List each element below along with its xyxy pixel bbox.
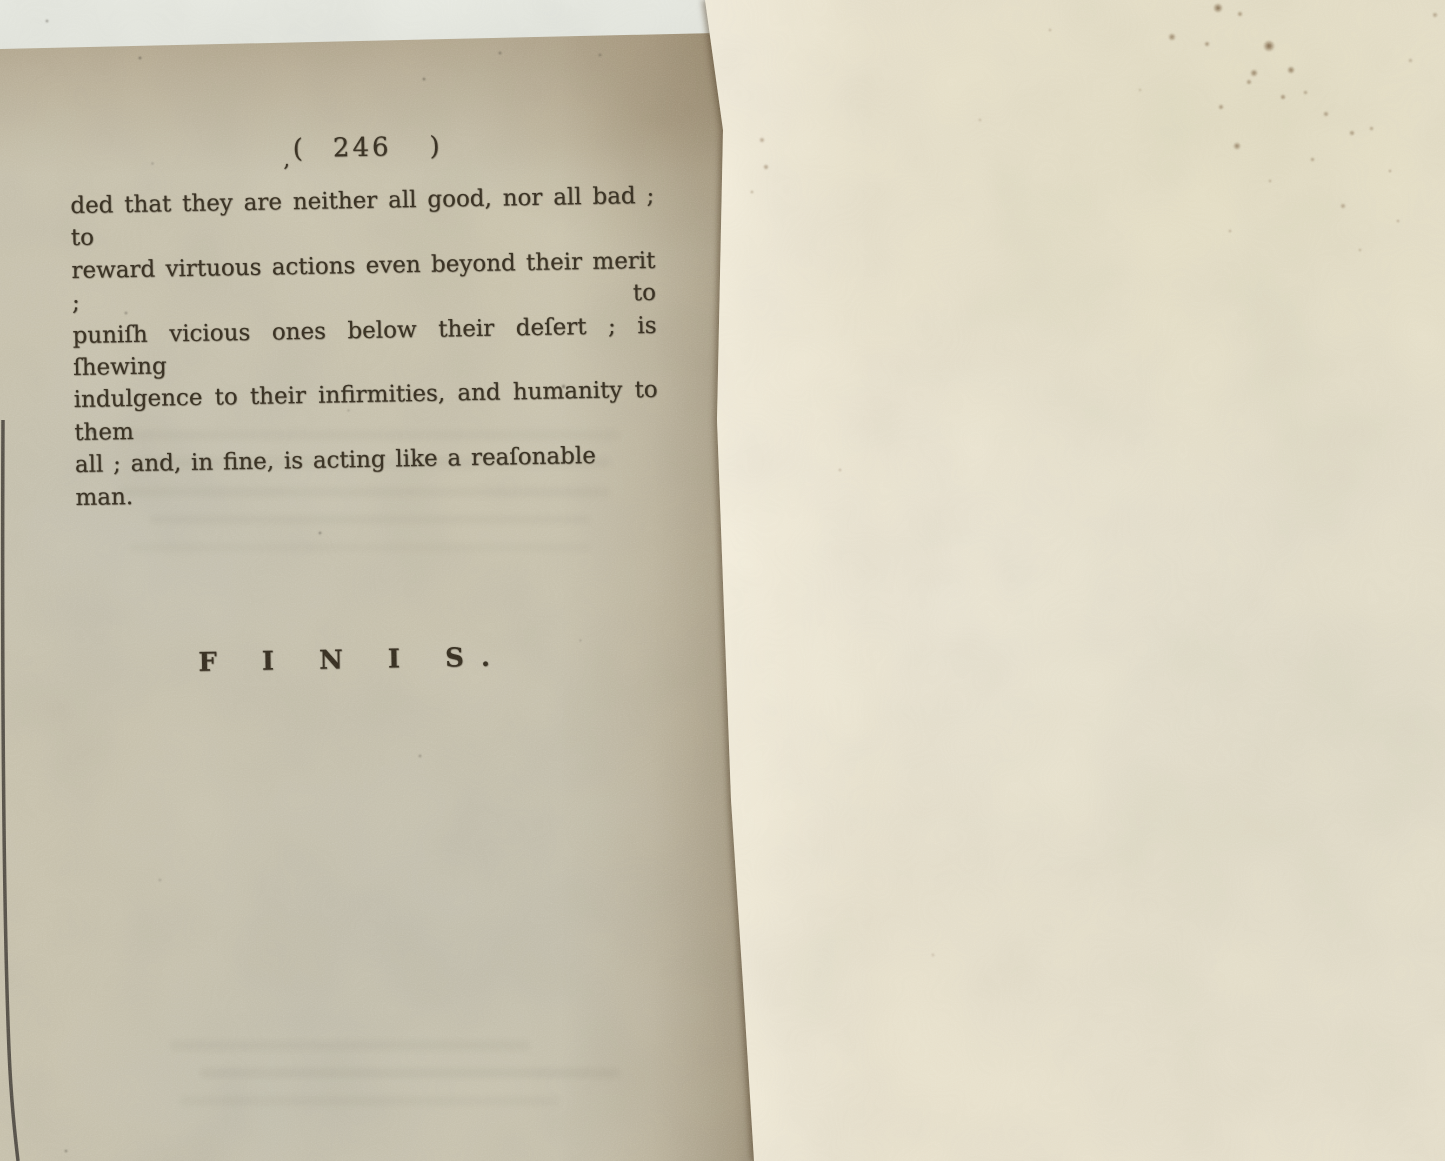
book-photo: , ( 246 ) ded that they are neither all … [0,0,1445,1161]
right-page-shadow-wrap [0,0,1445,1161]
right-page [0,0,1445,1161]
